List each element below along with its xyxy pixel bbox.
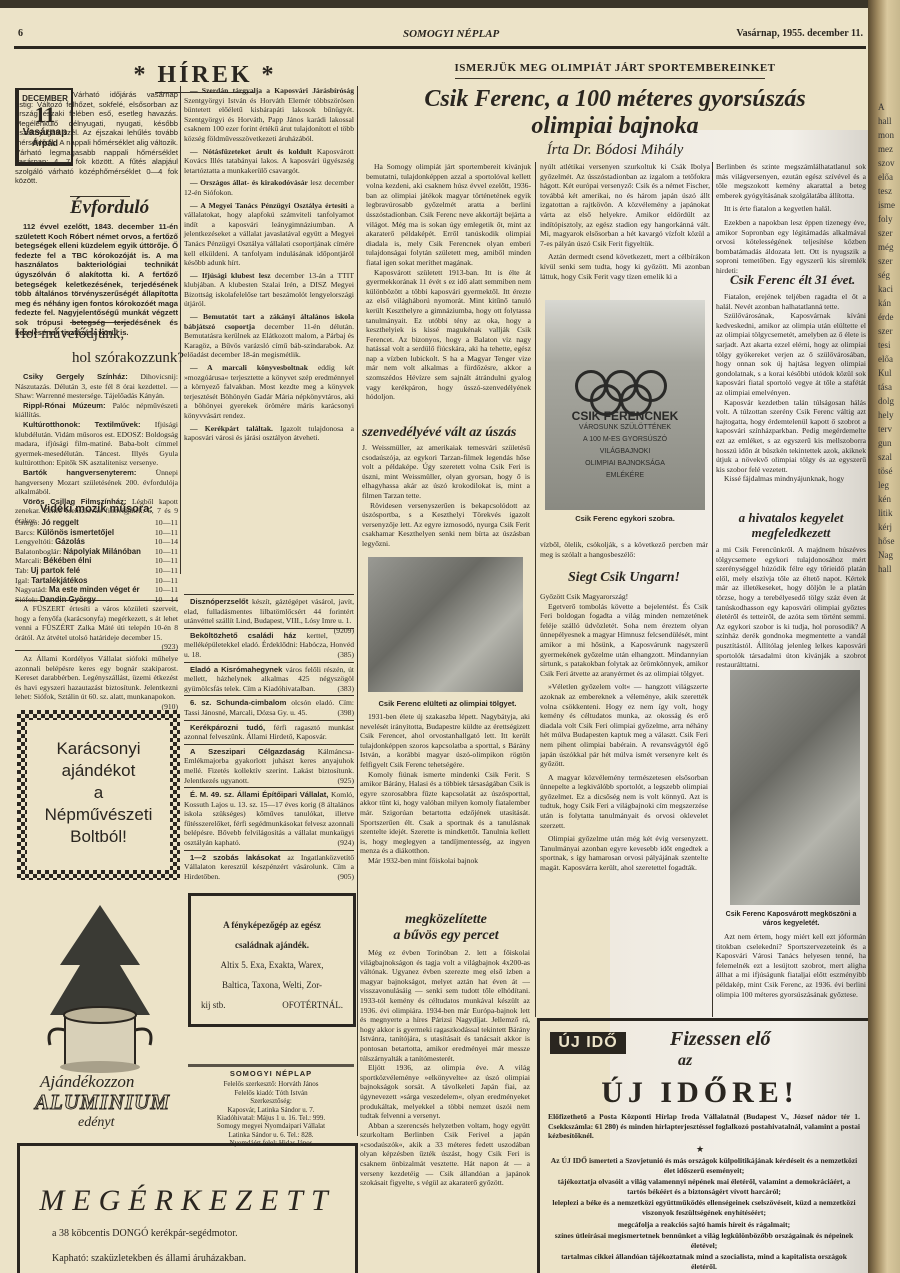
paragraph: Ha Somogy olimpiát járt sportembereit kí…: [366, 162, 531, 268]
impressum-line: Kiadóhivatal: Május 1 u. 16. Tel.: 999.: [186, 1114, 356, 1122]
ofotert-ad: A fényképezőgép az egész családnak ajánd…: [188, 893, 356, 1027]
film-dates: 10—11: [155, 576, 178, 586]
film-dates: 10—11: [155, 566, 178, 576]
article-col2-lower: Győzött Csik Magyarország! Egetverő tomb…: [540, 592, 708, 1012]
ad-code: (905): [332, 872, 354, 882]
news-column: — Szerdán tárgyalja a Kaposvári Járásbír…: [184, 86, 354, 446]
article-col2-top: nyúlt atlétikai versenyen szurkoltuk ki …: [540, 162, 710, 281]
impressum-line: Szerkesztőség:: [186, 1097, 356, 1105]
film-listing: Csurgó: Jó reggelt10—11Barcs: Különös is…: [15, 518, 178, 604]
ofotert-line5b: OFOTÉRTNÁL.: [282, 1000, 343, 1010]
paragraph: Abban a szerencsés helyzetben voltam, ho…: [360, 1121, 530, 1188]
ad-code: (383): [332, 684, 354, 694]
article-headline: Csik Ferenc, a 100 méteres gyorsúszás ol…: [365, 86, 865, 140]
paragraph: Itt is érte fiatalon a kegyetlen halál.: [716, 204, 866, 214]
subhead-line: a hivatalos kegyelet: [716, 510, 866, 525]
paragraph: 1931-ben élete új szakaszba lépett. Nagy…: [360, 712, 530, 770]
impressum-line: Somogy megyei Nyomdaipari Vállalat: [186, 1122, 356, 1130]
aluminium-ad-line1: Ajándékozzon: [40, 1072, 134, 1092]
kicker-underline: [455, 78, 765, 79]
page-edge-fragment: szal: [878, 450, 895, 464]
impressum-line: Felelős szerkesztő: Horváth János: [186, 1080, 356, 1088]
classified-lead: Disznóperzselőt: [190, 597, 252, 606]
culture-title-2: hol szórakozzunk?: [72, 350, 184, 367]
news-item: — Ifjúsági klubest lesz december 13-án a…: [184, 271, 354, 309]
divider: [15, 600, 178, 601]
ad-code: (924): [332, 838, 354, 848]
page-edge-fragment: foly: [878, 212, 895, 226]
article-col3-mid: Fiatalon, erejének teljében ragadta el ő…: [716, 292, 866, 484]
megerkezett-line1: a 38 köbcentis DONGÓ kerékpár-segédmotor…: [52, 1228, 355, 1239]
page-edge-fragment: dolg: [878, 394, 895, 408]
paragraph: Kaposvárott született 1913-ban. Itt is é…: [366, 268, 531, 402]
impressum-rule: [188, 1064, 354, 1067]
ad-line: a: [27, 782, 170, 804]
film-title-cell: Igal: Tartalékjátékos: [15, 576, 87, 586]
issue-date: Vasárnap, 1955. december 11.: [736, 28, 863, 39]
fuszert-notice: A FÜSZERT értesíti a város közületi szer…: [15, 604, 178, 652]
film-dates: 10—11: [155, 518, 178, 528]
paragraph: A magyar közvélemény természetesen elsős…: [540, 773, 708, 831]
film-name: Ma este minden véget ér: [49, 585, 140, 594]
film-row: Marcali: Békében élni10—11: [15, 556, 178, 566]
ujido-subscription: Előfizethető a Posta Központi Hírlap Iro…: [548, 1112, 860, 1141]
evfordulo-title: Évforduló: [70, 197, 149, 219]
film-row: Nagyatád: Ma este minden véget ér10—11: [15, 585, 178, 595]
news-item: — Kerékpárt találtak. Igazolt tulajdonos…: [184, 424, 354, 443]
film-name: Jó reggelt: [42, 518, 79, 527]
evfordulo-text: 112 évvel ezelőtt, 1843. december 11-én …: [15, 222, 178, 337]
page-edge-fragment: hely: [878, 408, 895, 422]
running-head: 6 SOMOGYI NÉPLAP Vasárnap, 1955. decembe…: [18, 28, 863, 42]
paragraph: nyúlt atlétikai versenyen szurkoltuk ki …: [540, 162, 710, 248]
culture-venue: Bartók hangversenyterem:: [23, 468, 156, 477]
film-town: Marcali:: [15, 556, 43, 565]
page-edge-fragment: tesz: [878, 184, 895, 198]
paragraph: Még ez évben Torinóban 2. lett a főiskol…: [360, 948, 530, 1063]
article-col1-bottom: Még ez évben Torinóban 2. lett a főiskol…: [360, 948, 530, 1273]
ujido-slogan-1: Fizessen elő: [670, 1028, 771, 1051]
page-edge-fragment: Nag: [878, 548, 895, 562]
news-lead: — A Megyei Tanács Pénzügyi Osztálya érte…: [190, 201, 351, 210]
page-edge-fragment: tösé: [878, 464, 895, 478]
ad-line: Népművészeti: [27, 804, 170, 826]
aluminium-ad-line2: ALUMINIUM: [35, 1090, 170, 1115]
film-title-cell: Tab: Uj partok felé: [15, 566, 80, 576]
news-body: Szentgyörgyi István és Horváth Elemér tö…: [184, 96, 354, 143]
classified-ad: Kerékpározni tudó, férfi ragasztó munkás…: [184, 720, 354, 744]
culture-entry: Kultúrotthonok: Textilművek: Ifjúsági kl…: [15, 420, 178, 468]
page-edge-fragment: előa: [878, 352, 895, 366]
ad-code: (925): [332, 776, 354, 786]
news-lead: — Kerékpárt találtak.: [190, 424, 280, 433]
impressum-line: Latinka Sándor u. 6. Tel.: 828.: [186, 1131, 356, 1139]
paragraph: Aztán dermedt csend következett, mert a …: [540, 252, 710, 281]
photo1-caption: Csik Ferenc elülteti az olimpiai tölgyet…: [360, 699, 535, 708]
article-col1-lower: 1931-ben élete új szakaszba lépett. Nagy…: [360, 712, 530, 866]
film-dates: 10—11: [155, 547, 178, 557]
page-edge-fragment: szov: [878, 156, 895, 170]
header-rule: [14, 46, 866, 49]
scanner-edge: [0, 0, 900, 8]
classified-ad: A Szeszipari Célgazdaság Kálmáncsa-Emlék…: [184, 744, 354, 787]
paragraph: »Véletlen győzelem volt« — hangzott vilá…: [540, 682, 708, 768]
page-edge-fragment: előa: [878, 170, 895, 184]
ad-line: ajándékot: [27, 760, 170, 782]
article-col3-top: Berlinben és szinte megszámlálhatatlanul…: [716, 162, 866, 276]
film-row: Barcs: Különös ismertetőjel10—11: [15, 528, 178, 538]
ujido-item: leleplezi a béke és a nemzetközi együttm…: [548, 1198, 860, 1217]
page-edge-fragment: szer: [878, 226, 895, 240]
page-edge-fragment: terv: [878, 422, 895, 436]
ujido-item: megcáfolja a reakciós sajtó hamis híreit…: [548, 1220, 860, 1230]
classified-lead: A Szeszipari Célgazdaság: [190, 747, 318, 756]
column-rule: [357, 86, 358, 1136]
ofotert-line3: Altix 5. Exa, Exakta, Warex,: [191, 960, 353, 970]
plaque-line: VILÁGBAJNOKI: [550, 446, 700, 458]
article-kicker: ISMERJÜK MEG OLIMPIÁT JÁRT SPORTEMBEREIN…: [365, 62, 865, 74]
page-edge-fragment: hőse: [878, 534, 895, 548]
news-body: a vállalatokat, hogy alapfokú számviteli…: [184, 201, 354, 268]
culture-venue: Kultúrotthonok: Textilművek:: [23, 420, 155, 429]
page-edge-fragment: még: [878, 240, 895, 254]
classified-lead: É. M. 49. sz. Állami Építőipari Vállalat…: [190, 790, 331, 799]
ujido-slogan-2: az: [678, 1052, 692, 1070]
page-edge-fragment: tása: [878, 380, 895, 394]
ad-code: (398): [332, 708, 354, 718]
weather-forecast: Várható időjárás vasárnap estig: Változó…: [15, 90, 178, 186]
paragraph: Berlinben és szinte megszámlálhatatlanul…: [716, 162, 866, 200]
ujido-item: tájékoztatja olvasóit a világ valamennyi…: [548, 1177, 860, 1196]
paragraph: Már 1932-ben mint főiskolai bajnok: [360, 856, 530, 866]
paragraph: Rövidesen versenyszerűen is bekapcsolódo…: [362, 501, 530, 549]
film-row: Tab: Uj partok felé10—11: [15, 566, 178, 576]
christmas-tree-pot-illustration: [40, 905, 160, 1085]
paper-title: SOMOGYI NÉPLAP: [403, 28, 499, 40]
nepmuveszeti-ad: Karácsonyi ajándékot a Népművészeti Bolt…: [27, 738, 170, 848]
subhead-one-minute: megközelítette a bűvös egy percet: [360, 912, 532, 944]
paragraph: Fiatalon, erejének teljében ragadta el ő…: [716, 292, 866, 311]
paragraph: J. Weissmüller, az amerikaiak temesvári …: [362, 443, 530, 501]
paragraph: Olimpiai győzelme után még két évig vers…: [540, 834, 708, 872]
photo3-caption: Csik Ferenc Kaposvárott megköszöni a vár…: [716, 910, 866, 928]
film-row: Csurgó: Jó reggelt10—11: [15, 518, 178, 528]
subhead-swimming: szenvedélyévé vált az úszás: [362, 425, 532, 441]
impressum-line: Felelős kiadó: Tóth István: [186, 1089, 356, 1097]
page-edge-fragment: A: [878, 100, 895, 114]
article-col3-bottom: Azt nem értem, hogy miért kell ezt jófor…: [716, 932, 866, 999]
divider: [70, 322, 130, 323]
page-edge-fragment: érde: [878, 310, 895, 324]
culture-venue: Csiky Gergely Színház:: [23, 372, 140, 381]
news-lead: — Országos állat- és kirakodóvásár: [190, 178, 310, 187]
paragraph: Kissé fájdalmas mindnyájunknak, hogy: [716, 474, 866, 484]
news-lead: — Ifjúsági klubest lesz: [190, 271, 275, 280]
classified-lead: 6. sz. Schunda-cimbalom: [190, 698, 291, 707]
culture-entry: Rippl-Rónai Múzeum: Palóc népművészeti k…: [15, 401, 178, 420]
aluminium-ad-line3: edényt: [78, 1115, 115, 1131]
film-name: Különös ismertetőjel: [37, 528, 114, 537]
film-name: Nápolyiak Milánóban: [63, 547, 141, 556]
page-edge-fragment: leg: [878, 478, 895, 492]
kordely-text: Az Állami Kordélyos Vállalat siófoki műh…: [15, 654, 178, 701]
page-edge-fragment: hall: [878, 562, 895, 576]
plaque-line: VÁROSUNK SZÜLÖTTÉNEK: [550, 422, 700, 434]
subhead-siegt: Siegt Csik Ungarn!: [540, 570, 708, 586]
page-edge-fragment: Kul: [878, 366, 895, 380]
classifieds: Disznóperzselőt készít, gáztégépet vásár…: [184, 594, 354, 883]
subhead-official-piety: a hivatalos kegyelet megfeledkezett: [716, 510, 866, 540]
column-rule: [535, 162, 536, 1017]
film-row: Igal: Tartalékjátékos10—11: [15, 576, 178, 586]
page-edge-fragment: gun: [878, 436, 895, 450]
plaque-line: A 100 M-ES GYORSÚSZÓ: [550, 434, 700, 446]
star-divider: ★: [540, 1144, 860, 1155]
paragraph: Egetverő tombolás követte a bejelentést.…: [540, 602, 708, 679]
page-edge-fragment: szer: [878, 324, 895, 338]
ujido-item: színes útleírásai megismertetnek bennünk…: [548, 1231, 860, 1250]
megerkezett-ad: MEGÉRKEZETT a 38 köbcentis DONGÓ kerékpá…: [17, 1143, 358, 1273]
plaque-line: EMLÉKÉRE: [550, 470, 700, 482]
page-edge-fragment: litik: [878, 506, 895, 520]
news-item: — Nótásfüzeteket árult és koldult Kaposv…: [184, 147, 354, 176]
paragraph: Komoly fiúnak ismerte mindenki Csik Feri…: [360, 770, 530, 856]
page-edge-fragment: tesi: [878, 338, 895, 352]
news-item: — Országos állat- és kirakodóvásár lesz …: [184, 178, 354, 197]
ad-code: (385): [332, 650, 354, 660]
megerkezett-title: MEGÉRKEZETT: [20, 1184, 355, 1218]
film-town: Balatonboglár:: [15, 547, 63, 556]
classified-lead: Kerékpározni tudó,: [190, 723, 274, 732]
film-town: Tab:: [15, 566, 31, 575]
classified-lead: Eladó a Kisrómahegynek: [190, 665, 286, 674]
page-edge-fragment: isme: [878, 198, 895, 212]
impressum: SOMOGYI NÉPLAP Felelős szerkesztő: Horvá…: [186, 1070, 356, 1148]
page-edge-fragment: kérj: [878, 520, 895, 534]
culture-entry: Bartók hangversenyterem: Ünnepi hangvers…: [15, 468, 178, 497]
page-edge-fragment: ség: [878, 268, 895, 282]
culture-title-1: Hol művelődjünk,: [15, 326, 124, 343]
paragraph: Eljött 1936, az olimpia éve. A világ spo…: [360, 1063, 530, 1121]
culture-venue: Rippl-Rónai Múzeum:: [23, 401, 113, 410]
news-lead: — Szerdán tárgyalja a Kaposvári Járásbír…: [190, 86, 354, 95]
subhead-line: a bűvös egy percet: [360, 928, 532, 944]
paragraph: Ezekben a napokban lesz éppen tizenegy é…: [716, 218, 866, 276]
film-title-cell: Balatonboglár: Nápolyiak Milánóban: [15, 547, 141, 557]
subhead-line: megközelítette: [360, 912, 532, 928]
plaque-line: CSIK FERENCNEK: [550, 410, 700, 422]
page-edge-fragment: mez: [878, 142, 895, 156]
photo-planting-oak: [368, 557, 523, 692]
article-col3-lower: a mi Csik Ferencünkről. A majdnem húszév…: [716, 545, 866, 670]
ad-line: Karácsonyi: [27, 738, 170, 760]
film-dates: 10—11: [155, 528, 178, 538]
classified-ad: Disznóperzselőt készít, gáztégépet vásár…: [184, 594, 354, 628]
paragraph: Kaposvár kezdetben talán túlságosan hálá…: [716, 398, 866, 475]
ad-line: Boltból!: [27, 826, 170, 848]
classified-lead: Beköltözhető családi ház: [190, 631, 306, 640]
next-page-edge-text: Ahallmonmezszovelőateszismefolyszermégsz…: [878, 100, 895, 576]
article-byline: Írta Dr. Bódosi Mihály: [365, 142, 865, 159]
film-title-cell: Marcali: Békében élni: [15, 556, 91, 566]
hirek-title: * HÍREK *: [120, 62, 290, 89]
news-item: — A Megyei Tanács Pénzügyi Osztálya érte…: [184, 201, 354, 268]
classified-ad: Eladó a Kisrómahegynek város felőli rész…: [184, 662, 354, 696]
article-col2-mid: vízből, ölelik, csókolják, s a következő…: [540, 540, 708, 559]
news-lead: — A marcali könyvesboltnak: [190, 363, 318, 372]
film-town: Nagyatád:: [15, 585, 49, 594]
ofotert-line5a: kij stb.: [201, 1000, 226, 1010]
impressum-lines: Felelős szerkesztő: Horváth JánosFelelős…: [186, 1080, 356, 1147]
article-col1-mid: J. Weissmüller, az amerikaiak temesvári …: [362, 443, 530, 549]
classified-ad: É. M. 49. sz. Állami Építőipari Vállalat…: [184, 787, 354, 850]
film-dates: 10—14: [155, 537, 178, 547]
page-edge-fragment: mon: [878, 128, 895, 142]
page-number: 6: [18, 28, 23, 39]
page-edge-fragment: kén: [878, 492, 895, 506]
film-row: Lengyeltóti: Gázolás10—14: [15, 537, 178, 547]
impressum-title: SOMOGYI NÉPLAP: [186, 1070, 356, 1078]
subhead-line: megfeledkezett: [716, 525, 866, 540]
news-item: — Bemutatót tart a zákányi általános isk…: [184, 312, 354, 360]
film-town: Igal:: [15, 576, 31, 585]
film-name: Tartalékjátékos: [31, 576, 87, 585]
page-edge-fragment: szer: [878, 254, 895, 268]
film-name: Uj partok felé: [31, 566, 80, 575]
ujido-item: tartalmas cikkei állandóan tájékoztatnak…: [548, 1252, 860, 1271]
divider: [15, 650, 178, 651]
headline-line-1: Csik Ferenc, a 100 méteres gyorsúszás: [365, 86, 865, 113]
news-item: — A marcali könyvesboltnak eddig két »mo…: [184, 363, 354, 421]
column-rule: [180, 86, 181, 574]
film-title-cell: Csurgó: Jó reggelt: [15, 518, 79, 528]
film-row: Balatonboglár: Nápolyiak Milánóban10—11: [15, 547, 178, 557]
column-rule: [712, 162, 713, 1017]
page-edge-fragment: kán: [878, 296, 895, 310]
plaque-line: OLIMPIAI BAJNOKSÁGA: [550, 458, 700, 470]
page-edge-fragment: hall: [878, 114, 895, 128]
ofotert-line1: A fényképezőgép az egész: [191, 920, 353, 930]
films-title: Vidéki mozik műsora:: [15, 503, 178, 516]
photo-thanks: [730, 670, 860, 905]
classified-ad: 1—2 szobás lakásokat az Ingatlanközvetít…: [184, 850, 354, 884]
impressum-line: Kaposvár, Latinka Sándor u. 7.: [186, 1106, 356, 1114]
ujido-items: Az ÚJ IDŐ ismerteti a Szovjetunió és más…: [548, 1156, 860, 1273]
article-col1-top: Ha Somogy olimpiát járt sportembereit kí…: [366, 162, 531, 402]
film-town: Barcs:: [15, 528, 37, 537]
paragraph: Szülővárosának, Kaposvárnak kíváni kedve…: [716, 311, 866, 397]
headline-line-2: olimpiai bajnoka: [365, 113, 865, 140]
ofotert-line4: Baltica, Taxona, Welti, Zor-: [191, 980, 353, 990]
film-title-cell: Barcs: Különös ismertetőjel: [15, 528, 114, 538]
statue-plaque: CSIK FERENCNEK VÁROSUNK SZÜLÖTTÉNEK A 10…: [550, 410, 700, 480]
ujido-title: ÚJ IDŐRE!: [540, 1076, 860, 1110]
film-title-cell: Nagyatád: Ma este minden véget ér: [15, 585, 140, 595]
film-name: Gázolás: [55, 537, 85, 546]
film-town: Lengyeltóti:: [15, 537, 55, 546]
ujido-logo: ÚJ IDŐ: [550, 1032, 626, 1054]
fuszert-text: A FÜSZERT értesíti a város közületi szer…: [15, 604, 178, 642]
subhead-31-years: Csik Ferenc élt 31 évet.: [730, 272, 870, 288]
ujido-item: Az ÚJ IDŐ ismerteti a Szovjetunió és más…: [548, 1156, 860, 1175]
news-lead: — Nótásfüzeteket árult és koldult: [190, 147, 317, 156]
paragraph: Győzött Csik Magyarország!: [540, 592, 708, 602]
ofotert-line2: családnak ajándék.: [191, 940, 353, 950]
culture-entry: Csiky Gergely Színház: Dihovicsnij: Nász…: [15, 372, 178, 401]
film-name: Békében élni: [43, 556, 91, 565]
film-dates: 10—11: [155, 556, 178, 566]
film-dates: 10—11: [155, 585, 178, 595]
news-item: — Szerdán tárgyalja a Kaposvári Járásbír…: [184, 86, 354, 144]
page-edge-fragment: kaci: [878, 282, 895, 296]
megerkezett-line2: Kapható: szaküzletekben és állami áruház…: [52, 1253, 355, 1264]
kordely-notice: Az Állami Kordélyos Vállalat siófoki műh…: [15, 654, 178, 712]
classified-lead: 1—2 szobás lakásokat: [190, 853, 287, 862]
photo2-caption: Csik Ferenc egykori szobra.: [540, 514, 710, 523]
olympic-rings: [565, 370, 705, 410]
film-title-cell: Lengyeltóti: Gázolás: [15, 537, 85, 547]
classified-ad: 6. sz. Schunda-cimbalom olcsón eladó. Cí…: [184, 695, 354, 719]
classified-ad: Beköltözhető családi ház kerttel, mellék…: [184, 628, 354, 662]
film-town: Csurgó:: [15, 518, 42, 527]
